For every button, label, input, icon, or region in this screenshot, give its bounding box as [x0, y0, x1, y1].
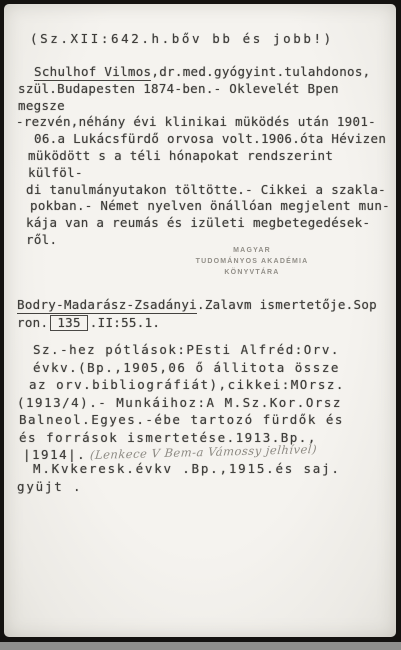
reference-authors: Bodry-Madarász-Zsadányi — [17, 297, 197, 314]
supplement-line: (1913/4).- Munkáihoz:A M.Sz.Kor.Orsz — [17, 394, 345, 412]
stamp-line: TUDOMÁNYOS AKADÉMIA — [154, 256, 350, 267]
reference-line-rest: .Zalavm ismertetője.Sop — [197, 297, 377, 312]
reference-line: Bodry-Madarász-Zsadányi.Zalavm ismertető… — [17, 296, 377, 314]
bio-line: müködött s a téli hónapokat rendszerint … — [16, 148, 391, 182]
boxed-number: 135 — [50, 315, 87, 331]
supplement-line: Sz.-hez pótlások:PEsti Alfréd:Orv. — [17, 341, 345, 359]
bio-line: kája van a reumás és izületi megbetegedé… — [16, 215, 391, 232]
supplement-line: évkv.(Bp.,1905,06 ő állitota össze — [17, 359, 345, 377]
scan-bottom-edge — [0, 642, 401, 650]
bio-line-rest: ,dr.med.gyógyint.tulahdonos, — [151, 64, 370, 79]
bio-line: szül.Budapesten 1874-ben.- Oklevelét Bpe… — [16, 81, 391, 115]
header-note: (Sz.XII:642.h.bőv bb és jobb!) — [30, 31, 334, 46]
source-line: M.Kvkeresk.évkv .Bp.,1915.és saj. — [17, 460, 341, 478]
bio-line: -rezvén,néhány évi klinikai müködés után… — [16, 114, 391, 131]
reference-line: ron.135.II:55.1. — [17, 314, 377, 332]
reference-line-pre: ron. — [17, 315, 48, 330]
source-line: gyüjt . — [17, 478, 341, 496]
scanned-photo-frame: (Sz.XII:642.h.bőv bb és jobb!) Schulhof … — [0, 0, 401, 650]
supplement-line: az orv.bibliográfiát),cikkei:MOrsz. — [17, 376, 345, 394]
bio-line: Schulhof Vilmos,dr.med.gyógyint.tulahdon… — [16, 64, 391, 81]
source-paragraph: M.Kvkeresk.évkv .Bp.,1915.és saj. gyüjt … — [17, 460, 341, 495]
stamp-line: KÖNYVTÁRA — [154, 267, 350, 278]
reference-line-post: .II:55.1. — [90, 315, 160, 330]
stamp-line: MAGYAR — [154, 245, 350, 256]
reference-paragraph: Bodry-Madarász-Zsadányi.Zalavm ismertető… — [17, 296, 377, 332]
bio-line: 06.a Lukácsfürdő orvosa volt.1906.óta Hé… — [16, 131, 391, 148]
person-name: Schulhof Vilmos — [34, 64, 151, 81]
library-stamp: MAGYAR TUDOMÁNYOS AKADÉMIA KÖNYVTÁRA — [154, 245, 350, 278]
bio-line: pokban.- Német nyelven önállóan megjelen… — [16, 198, 391, 215]
supplement-paragraph: Sz.-hez pótlások:PEsti Alfréd:Orv. évkv.… — [17, 341, 345, 465]
supplement-line: Balneol.Egyes.-ébe tartozó fürdők és — [17, 411, 345, 429]
bio-paragraph: Schulhof Vilmos,dr.med.gyógyint.tulahdon… — [16, 64, 391, 249]
catalog-card: (Sz.XII:642.h.bőv bb és jobb!) Schulhof … — [4, 4, 396, 637]
bio-line: di tanulmányutakon töltötte.- Cikkei a s… — [16, 182, 391, 199]
